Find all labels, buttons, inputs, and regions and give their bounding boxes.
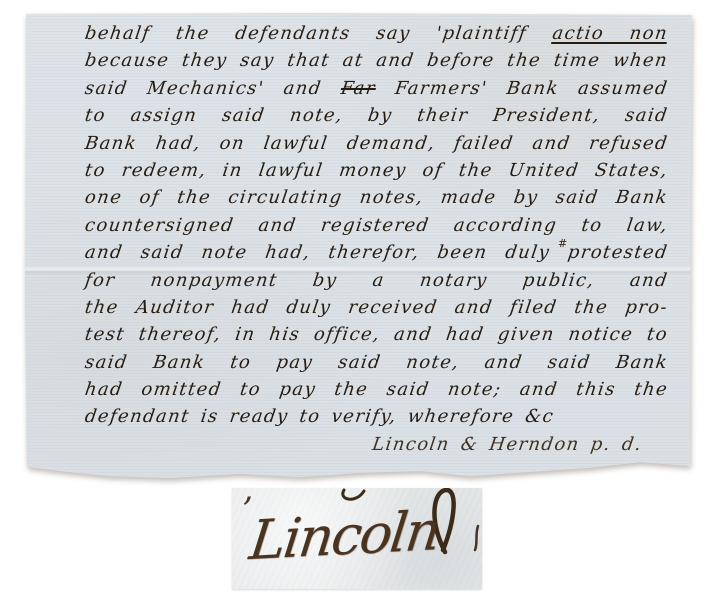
stray-ink-mark: # <box>558 237 567 250</box>
manuscript-phrase: said Mechanics' and <box>84 78 343 99</box>
manuscript-line: Bank had, on lawful demand, failed and r… <box>83 130 670 157</box>
manuscript-text: behalf the defendants say 'plaintiff act… <box>85 20 668 458</box>
manuscript-phrase: test thereof, in his office, and had giv… <box>84 324 670 345</box>
manuscript-phrase: defendant is ready to verify, wherefore … <box>84 406 556 427</box>
manuscript-phrase: Bank had, on lawful demand, failed and r… <box>84 133 670 154</box>
manuscript-phrase: to redeem, in lawful money of the United… <box>84 160 670 181</box>
manuscript-line: for nonpayment by a notary public, and <box>83 267 670 294</box>
manuscript-line: said Mechanics' and Far Farmers' Bank as… <box>83 75 670 102</box>
manuscript-line: one of the circulating notes, made by sa… <box>83 184 670 211</box>
manuscript-line: to redeem, in lawful money of the United… <box>83 157 670 184</box>
underlined-phrase: actio non <box>551 23 669 44</box>
manuscript-line: test thereof, in his office, and had giv… <box>83 321 670 348</box>
manuscript-phrase: had omitted to pay the said note; and th… <box>84 379 670 400</box>
manuscript-page: behalf the defendants say 'plaintiff act… <box>25 13 692 479</box>
manuscript-line: countersigned and registered according t… <box>83 212 670 239</box>
lincoln-signature: Lincoln <box>246 499 442 572</box>
manuscript-line: defendant is ready to verify, wherefore … <box>83 403 670 430</box>
manuscript-line: said Bank to pay said note, and said Ban… <box>83 349 670 376</box>
manuscript-phrase: one of the circulating notes, made by sa… <box>84 187 670 208</box>
manuscript-line: the Auditor had duly received and filed … <box>83 294 670 321</box>
manuscript-phrase: Lincoln & Herndon p. d. <box>371 434 644 455</box>
struck-out-word: Far <box>340 78 378 99</box>
manuscript-page-wrap: behalf the defendants say 'plaintiff act… <box>25 13 692 479</box>
manuscript-phrase: and said note had, therefor, been duly p… <box>84 242 670 263</box>
manuscript-phrase: countersigned and registered according t… <box>84 215 670 236</box>
manuscript-phrase: to assign said note, by their President,… <box>84 105 670 126</box>
manuscript-phrase: behalf the defendants say 'plaintiff <box>84 23 554 44</box>
document-photo: behalf the defendants say 'plaintiff act… <box>0 0 710 599</box>
manuscript-line: to assign said note, by their President,… <box>83 102 670 129</box>
manuscript-line: Lincoln & Herndon p. d. <box>83 431 670 458</box>
manuscript-line: and said note had, therefor, been duly p… <box>83 239 670 266</box>
manuscript-phrase: for nonpayment by a notary public, and <box>84 270 670 291</box>
manuscript-phrase: Farmers' Bank assumed <box>374 78 669 99</box>
manuscript-phrase: said Bank to pay said note, and said Ban… <box>84 352 670 373</box>
manuscript-line: behalf the defendants say 'plaintiff act… <box>83 20 670 47</box>
manuscript-line: had omitted to pay the said note; and th… <box>83 376 670 403</box>
manuscript-phrase: because they say that at and before the … <box>84 50 670 71</box>
manuscript-line: because they say that at and before the … <box>83 47 670 74</box>
signature-closeup: ’ Lincoln <box>232 488 482 589</box>
manuscript-phrase: the Auditor had duly received and filed … <box>84 297 670 318</box>
